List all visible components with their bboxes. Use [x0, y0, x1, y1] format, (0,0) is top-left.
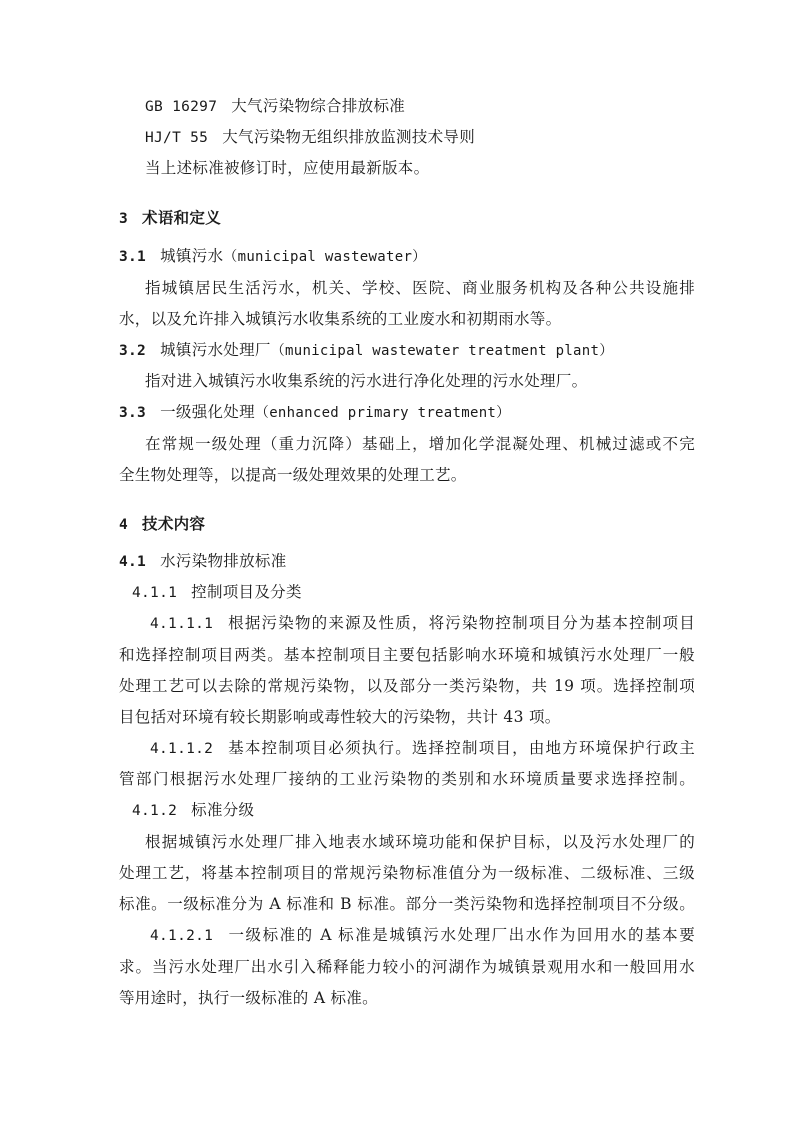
- term-name: 城镇污水处理厂: [160, 341, 271, 359]
- section-title: 术语和定义: [142, 208, 221, 227]
- reference-item: HJ/T 55大气污染物无组织排放监测技术导则: [145, 127, 475, 148]
- reference-item: GB 16297大气污染物综合排放标准: [145, 96, 405, 117]
- term-heading: 3.3一级强化处理（enhanced primary treatment）: [119, 402, 510, 423]
- term-name: 城镇污水: [160, 247, 223, 265]
- clause-line: 4.1.1.1根据污染物的来源及性质，将污染物控制项目分为基本控制项目: [150, 613, 695, 634]
- definition-line: 指城镇居民生活污水，机关、学校、医院、商业服务机构及各种公共设施排: [145, 278, 695, 298]
- clause-number: 4.1.1.1: [150, 616, 213, 632]
- subsection-title: 控制项目及分类: [191, 583, 302, 601]
- clause-line: 求。当污水处理厂出水引入稀释能力较小的河湖作为城镇景观用水和一般回用水: [119, 957, 695, 977]
- definition-line: 指对进入城镇污水收集系统的污水进行净化处理的污水处理厂。: [145, 371, 587, 391]
- clause-text: 一级标准的 A 标准是城镇污水处理厂出水作为回用水的基本要: [227, 926, 695, 944]
- clause-line: 目包括对环境有较长期影响或毒性较大的污染物，共计 43 项。: [119, 707, 561, 727]
- definition-line: 全生物处理等，以提高一级处理效果的处理工艺。: [119, 465, 467, 485]
- clause-line: 标准。一级标准分为 A 标准和 B 标准。部分一类污染物和选择控制项目不分级。: [119, 894, 695, 914]
- section-number: 3: [119, 211, 128, 227]
- subsection-number: 4.1.1: [132, 585, 177, 601]
- reference-code: HJ/T 55: [145, 130, 208, 146]
- subsection-heading: 4.1.2标准分级: [132, 800, 254, 821]
- definition-line: 水，以及允许排入城镇污水收集系统的工业废水和初期雨水等。: [119, 309, 561, 329]
- reference-title: 大气污染物无组织排放监测技术导则: [222, 128, 475, 146]
- subsection-number: 4.1.2: [132, 803, 177, 819]
- term-heading: 3.2城镇污水处理厂（municipal wastewater treatmen…: [119, 340, 614, 361]
- term-english: （municipal wastewater treatment plant）: [271, 343, 614, 359]
- clause-number: 4.1.2.1: [150, 928, 213, 944]
- clause-line: 处理工艺可以去除的常规污染物，以及部分一类污染物，共 19 项。选择控制项: [119, 676, 695, 696]
- clause-line: 管部门根据污水处理厂接纳的工业污染物的类别和水环境质量要求选择控制。: [119, 769, 695, 789]
- section-number: 4: [119, 517, 128, 533]
- definition-line: 在常规一级处理（重力沉降）基础上，增加化学混凝处理、机械过滤或不完: [145, 434, 695, 454]
- clause-line: 等用途时，执行一级标准的 A 标准。: [119, 988, 378, 1008]
- section-heading: 3术语和定义: [119, 208, 221, 229]
- subsection-title: 水污染物排放标准: [160, 552, 286, 570]
- clause-line: 4.1.2.1一级标准的 A 标准是城镇污水处理厂出水作为回用水的基本要: [150, 925, 695, 946]
- section-title: 技术内容: [142, 514, 205, 533]
- section-heading: 4技术内容: [119, 514, 205, 535]
- term-number: 3.3: [119, 405, 146, 421]
- clause-line: 处理工艺，将基本控制项目的常规污染物标准值分为一级标准、二级标准、三级: [119, 863, 695, 883]
- clause-line: 和选择控制项目两类。基本控制项目主要包括影响水环境和城镇污水处理厂一般: [119, 645, 695, 665]
- reference-code: GB 16297: [145, 99, 217, 115]
- term-number: 3.2: [119, 343, 146, 359]
- references-note: 当上述标准被修订时，应使用最新版本。: [145, 158, 429, 178]
- clause-number: 4.1.1.2: [150, 741, 213, 757]
- term-number: 3.1: [119, 249, 146, 265]
- subsection-heading: 4.1水污染物排放标准: [119, 551, 287, 572]
- subsection-heading: 4.1.1控制项目及分类: [132, 582, 302, 603]
- term-english: （municipal wastewater）: [223, 249, 426, 265]
- term-english: （enhanced primary treatment）: [255, 405, 511, 421]
- term-name: 一级强化处理: [160, 403, 255, 421]
- reference-title: 大气污染物综合排放标准: [231, 97, 405, 115]
- subsection-number: 4.1: [119, 554, 146, 570]
- clause-text: 基本控制项目必须执行。选择控制项目，由地方环境保护行政主: [227, 739, 695, 757]
- term-heading: 3.1城镇污水（municipal wastewater）: [119, 246, 426, 267]
- subsection-title: 标准分级: [191, 801, 254, 819]
- clause-line: 根据城镇污水处理厂排入地表水域环境功能和保护目标，以及污水处理厂的: [145, 832, 695, 852]
- clause-text: 根据污染物的来源及性质，将污染物控制项目分为基本控制项目: [227, 614, 695, 632]
- clause-line: 4.1.1.2基本控制项目必须执行。选择控制项目，由地方环境保护行政主: [150, 738, 695, 759]
